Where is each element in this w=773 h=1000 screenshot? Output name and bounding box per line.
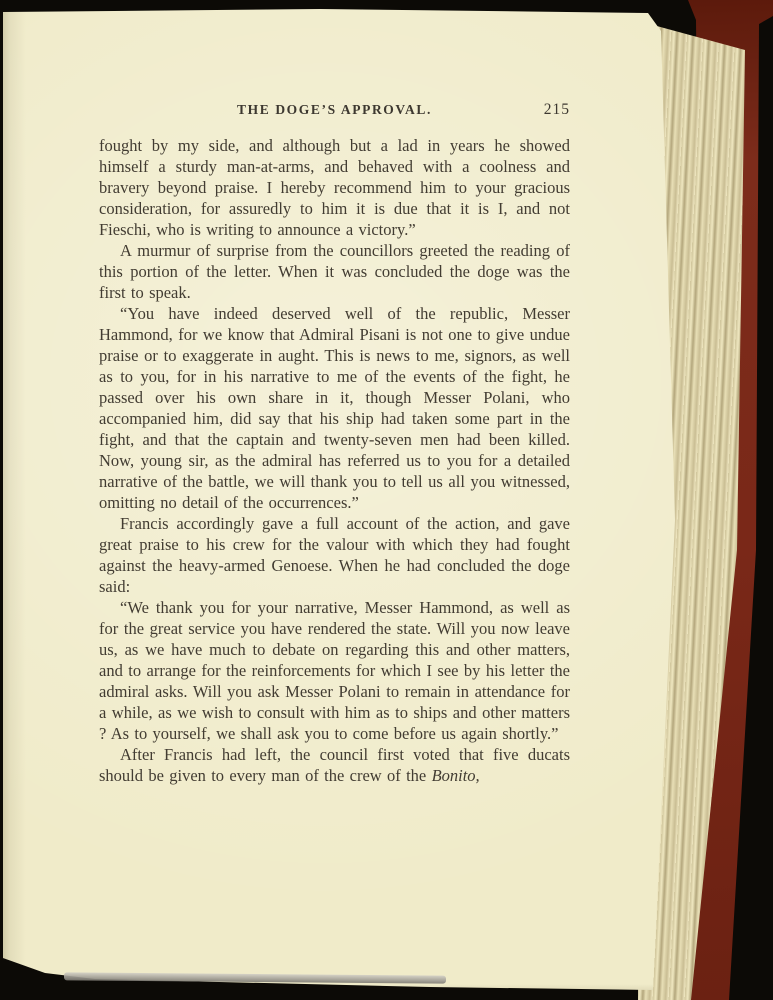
paragraph: “You have indeed deserved well of the re… (99, 303, 570, 513)
paragraph: Francis accordingly gave a full account … (99, 513, 570, 597)
scanned-book-photo: THE DOGE’S APPROVAL. 215 fought by my si… (0, 0, 773, 1000)
body-text: fought by my side, and although but a la… (99, 135, 570, 786)
paragraph: fought by my side, and although but a la… (99, 135, 570, 240)
italic-ship-name: Bonito, (432, 766, 480, 785)
running-head-title: THE DOGE’S APPROVAL. (237, 102, 432, 117)
paragraph: A murmur of surprise from the councillor… (99, 240, 570, 303)
paragraph: “We thank you for your narrative, Messer… (99, 597, 570, 744)
book-page: THE DOGE’S APPROVAL. 215 fought by my si… (0, 0, 773, 1000)
page-number: 215 (544, 101, 570, 119)
paragraph: After Francis had left, the council firs… (99, 744, 570, 786)
text-block: THE DOGE’S APPROVAL. 215 fought by my si… (99, 102, 570, 786)
running-head: THE DOGE’S APPROVAL. 215 (99, 102, 570, 118)
paragraph-text: After Francis had left, the council firs… (99, 745, 570, 785)
